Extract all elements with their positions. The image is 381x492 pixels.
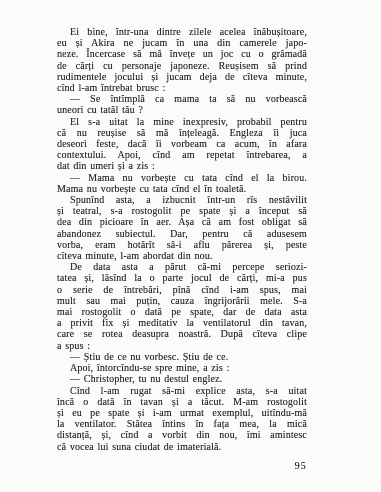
paragraph: El s-a uitat la mine inexpresiv, probabi… [57, 117, 307, 173]
book-page: Ei bine, într-una dintre zilele acelea î… [0, 0, 381, 492]
text-line: dea din picioare în aer. Așa că am fost … [57, 217, 307, 228]
paragraph: Spunînd asta, a izbucnit într-un rîs nes… [57, 195, 307, 262]
text-line: Spunînd asta, a izbucnit într-un rîs nes… [57, 195, 307, 206]
text-line: care se rotea deasupra noastră. După cît… [57, 329, 307, 340]
paragraph: Cînd l-am rugat să-mi explice asta, s-a … [57, 386, 307, 453]
text-line: neze. Încercase să mă învețe un joc cu o… [57, 49, 307, 60]
text-line: Ei bine, într-una dintre zilele acelea î… [57, 27, 307, 38]
text-line: uneori cu tatăl tău ? [57, 105, 307, 116]
paragraph: Ei bine, într-una dintre zilele acelea î… [57, 27, 307, 94]
text-line: vorba, eram hotărît să-i aflu părerea și… [57, 240, 307, 251]
text-line: dat din umeri și a zis : [57, 161, 307, 172]
text-line: El s-a uitat la mine inexpresiv, probabi… [57, 117, 307, 128]
text-line: a spus : [57, 341, 307, 352]
text-line: eu și Akira ne jucam în una din camerele… [57, 38, 307, 49]
text-line: și eu pe spate și i-am urmat exemplul, u… [57, 408, 307, 419]
text-line: — Christopher, tu nu destul englez. [57, 374, 307, 385]
text-line: Apoi, întorcîndu-se spre mine, a zis : [57, 363, 307, 374]
paragraph: — Știu de ce nu vorbesc. Știu de ce. [57, 352, 307, 363]
text-line: încă o dată în tavan și a tăcut. M-am ro… [57, 397, 307, 408]
text-line: distanță, și, cînd a vorbit din nou, îmi… [57, 430, 307, 441]
text-line: mult sau mai puțin, cauza îngrijorării m… [57, 296, 307, 307]
text-line: rudimentele jocului și jucam deja de cît… [57, 72, 307, 83]
paragraph: De data asta a părut că-mi percepe serio… [57, 262, 307, 352]
paragraph: Apoi, întorcîndu-se spre mine, a zis : [57, 363, 307, 374]
text-line: că nu reușise să mă înțeleagă. Engleza î… [57, 128, 307, 139]
text-line: contextului. Apoi, cînd am repetat între… [57, 150, 307, 161]
text-line: la ventilator. Stătea întins în fața mea… [57, 419, 307, 430]
page-number: 95 [57, 461, 307, 472]
text-line: o serie de întrebări, pînă cînd i-am spu… [57, 285, 307, 296]
text-line: cînd l-am întrebat brusc : [57, 83, 307, 94]
text-line: — Mama nu vorbește cu tata cînd el la bi… [57, 173, 307, 184]
paragraph: — Mama nu vorbește cu tata cînd el la bi… [57, 173, 307, 195]
text-line: Cînd l-am rugat să-mi explice asta, s-a … [57, 386, 307, 397]
text-line: cîteva minute, l-am abordat din nou. [57, 251, 307, 262]
text-line: a privit fix și meditativ la ventilatoru… [57, 318, 307, 329]
text-line: abandonez subiectul. Dar, pentru că adus… [57, 229, 307, 240]
text-line: mai rostogolit o dată pe spate, dar de d… [57, 307, 307, 318]
text-line: Mama nu vorbește cu tata cînd el în toal… [57, 184, 307, 195]
text-line: De data asta a părut că-mi percepe serio… [57, 262, 307, 273]
paragraph: — Christopher, tu nu destul englez. [57, 374, 307, 385]
text-line: — Știu de ce nu vorbesc. Știu de ce. [57, 352, 307, 363]
text-line: tatea și, lăsînd la o parte jocul de căr… [57, 273, 307, 284]
text-line: și teatral, s-a rostogolit pe spate și a… [57, 206, 307, 217]
text-line: deseori feste, dacă îi vorbeam ca acum, … [57, 139, 307, 150]
page-text: Ei bine, într-una dintre zilele acelea î… [57, 27, 307, 453]
text-line: de cărți cu personaje japoneze. Reușisem… [57, 61, 307, 72]
paragraph: — Se întîmplă ca mama ta să nu vorbească… [57, 94, 307, 116]
text-line: — Se întîmplă ca mama ta să nu vorbească [57, 94, 307, 105]
text-line: că vocea lui suna ciudat de imaterială. [57, 442, 307, 453]
